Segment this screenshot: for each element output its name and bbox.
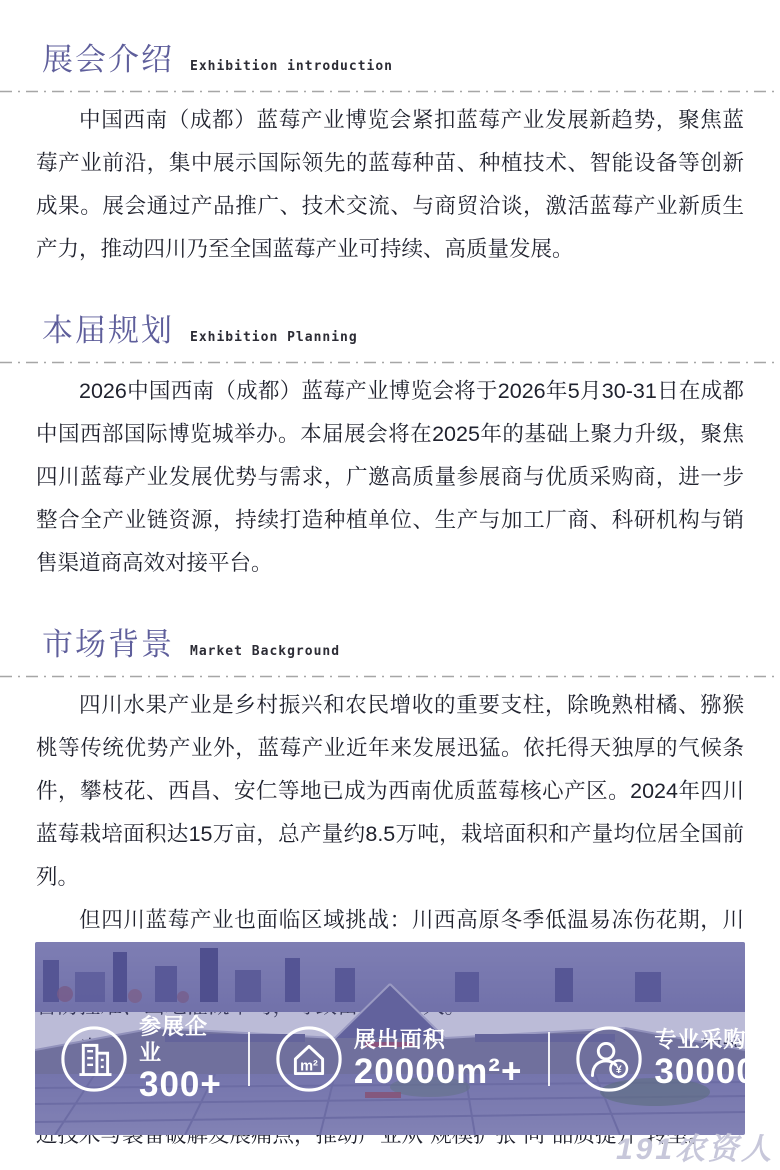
stat-area: m² 展出面积 20000m²+ xyxy=(274,1024,523,1094)
stats-divider xyxy=(548,1032,550,1086)
section-header-market-background: 市场背景 Market Background xyxy=(42,619,780,664)
paragraph: 四川水果产业是乡村振兴和农民增收的重要支柱，除晚熟柑橘、猕猴桃等传统优势产业外，… xyxy=(36,684,744,899)
stats-bar: 参展企业 300+ m² 展出面积 20000m²+ ¥ xyxy=(35,1014,745,1104)
stat-value: 300+ xyxy=(139,1066,222,1104)
stat-value: 30000+ xyxy=(654,1053,745,1091)
191-nongziren-watermark: 191农资人 xyxy=(616,1124,774,1168)
paragraph: 2026中国西南（成都）蓝莓产业博览会将于2026年5月30-31日在成都中国西… xyxy=(36,370,744,585)
stat-label: 专业采购商 xyxy=(654,1027,745,1053)
stat-exhibitors: 参展企业 300+ xyxy=(59,1014,222,1104)
dashed-divider xyxy=(0,361,780,364)
section-subtitle: Market Background xyxy=(190,644,340,659)
svg-text:m²: m² xyxy=(300,1059,318,1075)
section-subtitle: Exhibition introduction xyxy=(190,59,393,74)
stats-divider xyxy=(248,1032,250,1086)
section-title: 市场背景 xyxy=(42,619,174,664)
section-header-exhibition-introduction: 展会介绍 Exhibition introduction xyxy=(42,34,780,79)
section-subtitle: Exhibition Planning xyxy=(190,330,358,345)
stat-value: 20000m²+ xyxy=(354,1053,523,1091)
svg-text:¥: ¥ xyxy=(616,1064,622,1076)
buyer-icon: ¥ xyxy=(574,1024,644,1094)
stat-label: 参展企业 xyxy=(139,1014,222,1066)
expo-center-photo: 参展企业 300+ m² 展出面积 20000m²+ ¥ xyxy=(35,942,745,1135)
dashed-divider xyxy=(0,90,780,93)
stat-label: 展出面积 xyxy=(354,1027,523,1053)
building-icon xyxy=(59,1024,129,1094)
section-title: 展会介绍 xyxy=(42,34,174,79)
stat-buyers: ¥ 专业采购商 30000+ xyxy=(574,1024,745,1094)
dashed-divider xyxy=(0,675,780,678)
area-icon: m² xyxy=(274,1024,344,1094)
section-title: 本届规划 xyxy=(42,305,174,350)
section-header-exhibition-planning: 本届规划 Exhibition Planning xyxy=(42,305,780,350)
paragraph: 中国西南（成都）蓝莓产业博览会紧扣蓝莓产业发展新趋势，聚焦蓝莓产业前沿，集中展示… xyxy=(36,99,744,271)
